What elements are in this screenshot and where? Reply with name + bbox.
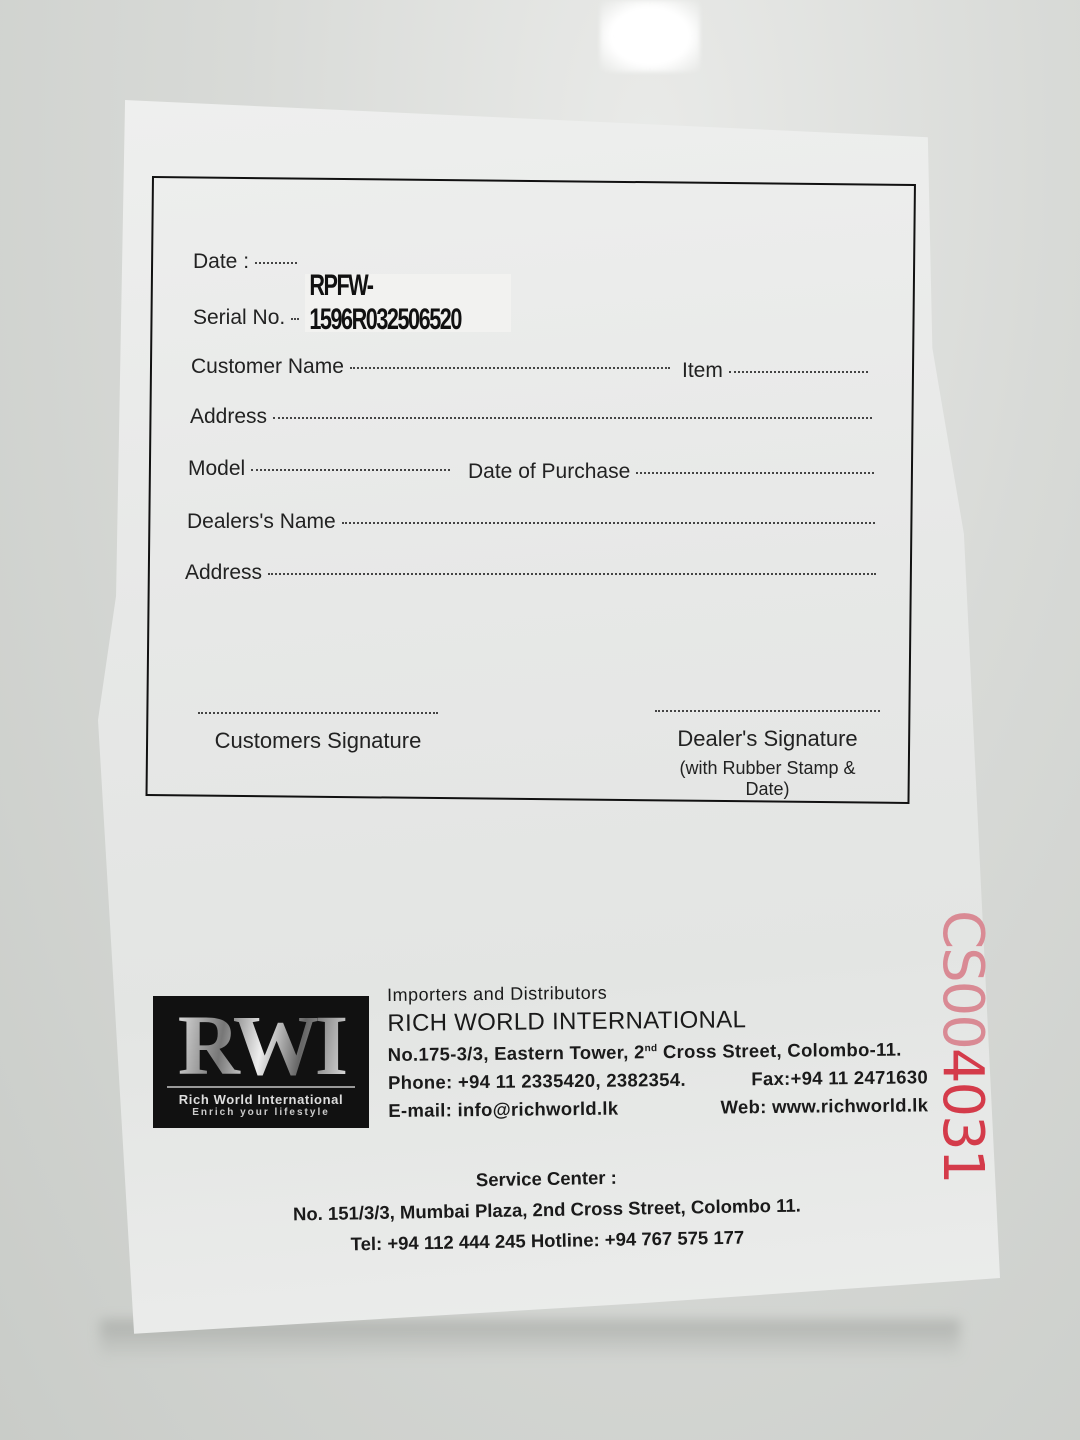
handwritten-digits: 4031: [930, 1048, 995, 1183]
customer-address-label: Address: [190, 405, 267, 429]
logo-tagline: Enrich your lifestyle: [153, 1107, 369, 1118]
model-dots: [251, 468, 450, 471]
serial-number-sticker: RPFW-1596R032506520: [305, 274, 511, 332]
model-field[interactable]: Model: [188, 457, 456, 481]
logo-company-name: Rich World International: [153, 1092, 369, 1107]
company-info: Importers and Distributors RICH WORLD IN…: [387, 979, 948, 1128]
dealer-name-label: Dealers's Name: [187, 510, 336, 534]
dealer-signature-line: [655, 710, 880, 712]
customer-signature-line: [198, 712, 438, 714]
date-label: Date :: [193, 250, 249, 274]
company-fax: Fax:+94 11 2471630: [751, 1066, 928, 1090]
dealer-address-field[interactable]: Address: [185, 561, 882, 585]
dealer-address-label: Address: [185, 561, 262, 585]
dealer-name-field[interactable]: Dealers's Name: [187, 510, 881, 534]
customer-signature-block[interactable]: Customers Signature: [198, 712, 438, 754]
address-part: No.175-3/3, Eastern Tower, 2: [388, 1041, 645, 1065]
rwi-logo: RWI Rich World International Enrich your…: [153, 996, 369, 1128]
company-address: No.175-3/3, Eastern Tower, 2nd Cross Str…: [388, 1038, 928, 1066]
service-center-info: Service Center : No. 151/3/3, Mumbai Pla…: [261, 1163, 833, 1266]
dealer-signature-note: (with Rubber Stamp & Date): [655, 758, 880, 800]
customer-name-dots: [350, 366, 670, 369]
serial-label: Serial No.: [193, 306, 285, 330]
dealer-signature-block[interactable]: Dealer's Signature (with Rubber Stamp & …: [655, 710, 880, 800]
light-glare: [600, 0, 700, 72]
service-center-address: No. 151/3/3, Mumbai Plaza, 2nd Cross Str…: [262, 1194, 832, 1226]
serial-field: Serial No.: [193, 306, 305, 330]
model-label: Model: [188, 457, 245, 481]
date-field[interactable]: Date :: [193, 250, 303, 274]
logo-mark: RWI: [167, 1004, 355, 1088]
company-email-web: E-mail: info@richworld.lk Web: www.richw…: [388, 1094, 928, 1122]
address-superscript: nd: [645, 1043, 658, 1054]
address-part: Cross Street, Colombo-11.: [657, 1039, 901, 1063]
date-dots: [255, 261, 297, 264]
handwritten-prefix: CS00: [930, 910, 995, 1048]
company-email[interactable]: E-mail: info@richworld.lk: [388, 1098, 618, 1122]
company-name: RICH WORLD INTERNATIONAL: [387, 1004, 947, 1038]
customer-name-label: Customer Name: [191, 355, 344, 379]
company-subtitle: Importers and Distributors: [387, 979, 947, 1006]
customer-address-field[interactable]: Address: [190, 405, 878, 429]
company-web[interactable]: Web: www.richworld.lk: [720, 1094, 928, 1118]
company-phone: Phone: +94 11 2335420, 2382354.: [388, 1069, 686, 1094]
date-of-purchase-dots: [636, 471, 874, 474]
item-label: Item: [682, 359, 723, 383]
dealer-name-dots: [342, 521, 875, 524]
date-of-purchase-field[interactable]: Date of Purchase: [468, 460, 880, 484]
date-of-purchase-label: Date of Purchase: [468, 460, 630, 484]
customer-signature-label: Customers Signature: [198, 728, 438, 754]
item-dots: [729, 370, 868, 373]
serial-dots: [291, 317, 299, 320]
company-phone-fax: Phone: +94 11 2335420, 2382354. Fax:+94 …: [388, 1066, 928, 1094]
dealer-signature-label: Dealer's Signature: [655, 726, 880, 752]
dealer-address-dots: [268, 572, 876, 575]
customer-address-dots: [273, 416, 872, 419]
customer-name-field[interactable]: Customer Name: [191, 355, 676, 379]
handwritten-reference-number: CS004031: [930, 910, 995, 1182]
item-field[interactable]: Item: [682, 359, 874, 383]
service-center-contact: Tel: +94 112 444 245 Hotline: +94 767 57…: [262, 1225, 832, 1257]
